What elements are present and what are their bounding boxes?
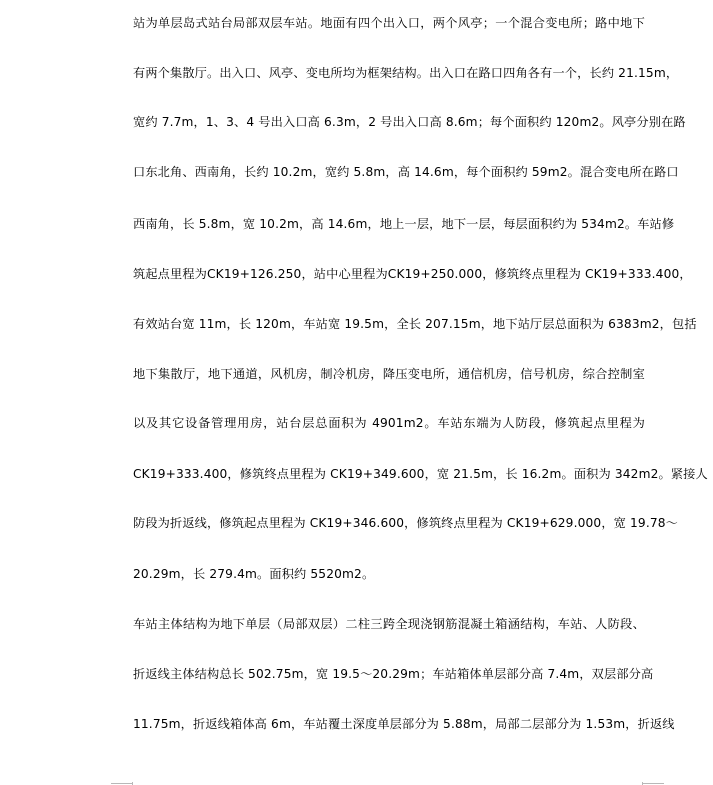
paragraph-2-line-1: 车站主体结构为地下单层（局部双层）二柱三跨全现浇钢筋混凝土箱涵结构，车站、人防段… <box>133 616 645 632</box>
crop-mark-bottom-right <box>642 783 664 784</box>
paragraph-1-line-12: 20.29m，长 279.4m。面积约 5520m2。 <box>133 566 645 582</box>
paragraph-1-line-10: CK19+333.400，修筑终点里程为 CK19+349.600，宽 21.5… <box>133 466 645 482</box>
paragraph-1-line-4: 口东北角、西南角，长约 10.2m，宽约 5.8m，高 14.6m，每个面积约 … <box>133 164 645 180</box>
paragraph-1-line-7: 有效站台宽 11m，长 120m，车站宽 19.5m，全长 207.15m，地下… <box>133 316 645 332</box>
document-page: 站为单层岛式站台局部双层车站。地面有四个出入口，两个风亭；一个混合变电所；路中地… <box>0 0 713 785</box>
paragraph-2-line-2: 折返线主体结构总长 502.75m，宽 19.5～20.29m；车站箱体单层部分… <box>133 666 645 682</box>
paragraph-1-line-9: 以及其它设备管理用房，站台层总面积为 4901m2。车站东端为人防段，修筑起点里… <box>133 415 645 431</box>
paragraph-1-line-3: 宽约 7.7m，1、3、4 号出入口高 6.3m，2 号出入口高 8.6m；每个… <box>133 114 645 130</box>
paragraph-1-line-2: 有两个集散厅。出入口、风亭、变电所均为框架结构。出入口在路口四角各有一个，长约 … <box>133 65 645 81</box>
paragraph-1-line-11: 防段为折返线，修筑起点里程为 CK19+346.600，修筑终点里程为 CK19… <box>133 515 645 531</box>
paragraph-1-line-5: 西南角，长 5.8m，宽 10.2m，高 14.6m，地上一层，地下一层，每层面… <box>133 216 645 232</box>
paragraph-1-line-1: 站为单层岛式站台局部双层车站。地面有四个出入口，两个风亭；一个混合变电所；路中地… <box>133 15 645 31</box>
paragraph-1-line-8: 地下集散厅，地下通道，风机房，制冷机房，降压变电所，通信机房，信号机房，综合控制… <box>133 366 645 382</box>
paragraph-2-line-3: 11.75m，折返线箱体高 6m，车站覆土深度单层部分为 5.88m，局部二层部… <box>133 716 645 732</box>
crop-mark-bottom-left <box>111 783 133 784</box>
paragraph-1-line-6: 筑起点里程为CK19+126.250，站中心里程为CK19+250.000，修筑… <box>133 266 645 282</box>
